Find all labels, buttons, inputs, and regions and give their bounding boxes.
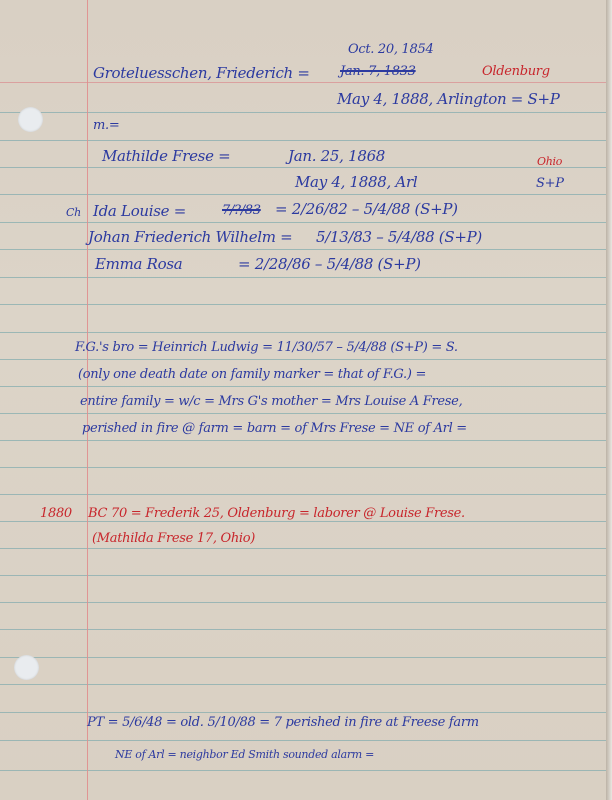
punch-hole-top [18, 107, 43, 132]
punch-hole-bottom [14, 655, 39, 680]
census-line-1: BC 70 = Frederik 25, Oldenburg = laborer… [88, 506, 465, 521]
rule-line [0, 386, 606, 387]
birth-date-struck: Jan. 7, 1833 [340, 64, 416, 79]
top-rule [0, 82, 606, 83]
child-1-dates: = 2/26/82 – 5/4/88 (S+P) [275, 200, 458, 218]
birth-place: Oldenburg [482, 64, 550, 79]
rule-line [0, 740, 606, 741]
spouse-death-note: S+P [536, 176, 564, 191]
child-3-name: Emma Rosa [95, 255, 182, 273]
rule-line [0, 249, 606, 250]
rule-line [0, 712, 606, 713]
rule-line [0, 657, 606, 658]
spouse-death: May 4, 1888, Arl [295, 173, 417, 191]
rule-line [0, 140, 606, 141]
rule-line [0, 222, 606, 223]
birth-date-corrected: Oct. 20, 1854 [348, 42, 433, 57]
married-label: m.= [93, 118, 119, 133]
footer-note-line-1: PT = 5/6/48 = old. 5/10/88 = 7 perished … [87, 715, 479, 730]
footer-note-line-2: NE of Arl = neighbor Ed Smith sounded al… [115, 748, 374, 761]
rule-line [0, 770, 606, 771]
child-2-name: Johan Friederich Wilhelm = [88, 228, 292, 246]
rule-line [0, 277, 606, 278]
rule-line [0, 629, 606, 630]
rule-line [0, 413, 606, 414]
rule-line [0, 359, 606, 360]
brother-note-line-3: entire family = w/c = Mrs G's mother = M… [80, 394, 462, 409]
rule-line [0, 602, 606, 603]
rule-line [0, 304, 606, 305]
rule-line [0, 112, 606, 113]
child-2-dates: 5/13/83 – 5/4/88 (S+P) [316, 228, 482, 246]
spouse-birth-place: Ohio [537, 155, 562, 168]
rule-line [0, 194, 606, 195]
rule-line [0, 521, 606, 522]
rule-line [0, 332, 606, 333]
child-1-name: Ida Louise = [93, 202, 186, 220]
notebook-page: Groteluesschen, Friederich = Oct. 20, 18… [0, 0, 606, 800]
rule-line [0, 440, 606, 441]
child-3-dates: = 2/28/86 – 5/4/88 (S+P) [238, 255, 421, 273]
rule-line [0, 684, 606, 685]
rule-line [0, 548, 606, 549]
rule-line [0, 467, 606, 468]
brother-note-line-4: perished in fire @ farm = barn = of Mrs … [82, 421, 467, 436]
census-year: 1880 [40, 506, 72, 521]
death-line: May 4, 1888, Arlington = S+P [337, 90, 560, 108]
spouse-birth: Jan. 25, 1868 [288, 147, 385, 165]
rule-line [0, 167, 606, 168]
page-edge [606, 0, 612, 800]
spouse-name: Mathilde Frese = [102, 147, 230, 165]
brother-note-line-2: (only one death date on family marker = … [78, 367, 426, 382]
brother-note-line-1: F.G.'s bro = Heinrich Ludwig = 11/30/57 … [75, 340, 458, 355]
children-label: Ch [66, 206, 81, 219]
rule-line [0, 494, 606, 495]
census-line-2: (Mathilda Frese 17, Ohio) [92, 531, 255, 546]
rule-line [0, 575, 606, 576]
child-1-struck-date: 7/?/83 [222, 203, 261, 218]
person-name: Groteluesschen, Friederich = [93, 64, 310, 82]
